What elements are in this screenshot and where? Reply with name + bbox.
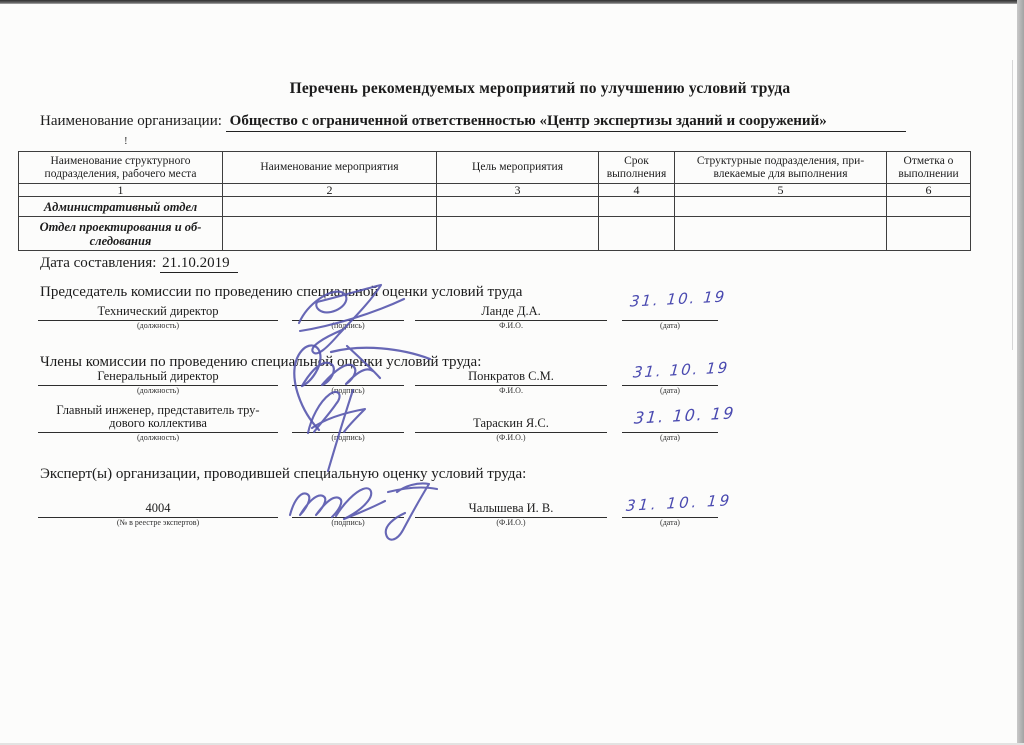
col-number: 6	[887, 184, 971, 197]
empty-cell	[437, 197, 599, 217]
position-caption: (должность)	[28, 321, 288, 330]
col-number: 1	[19, 184, 223, 197]
signature-row-member-2: Главный инженер, представитель тру- дово…	[0, 403, 1024, 433]
signature-row-chairman: Технический директор (должность) (подпис…	[0, 299, 1024, 321]
empty-cell	[223, 197, 437, 217]
position-value: Главный инженер, представитель тру- дово…	[56, 404, 259, 432]
signature-field: (подпись)	[292, 493, 404, 518]
position-value: Генеральный директор	[97, 370, 218, 385]
scanned-document-page: Перечень рекомендуемых мероприятий по ул…	[0, 0, 1024, 745]
expert-heading: Эксперт(ы) организации, проводившей спец…	[40, 466, 526, 483]
empty-cell	[887, 217, 971, 251]
position-field: Технический директор (должность)	[38, 298, 278, 321]
date-caption: (дата)	[612, 433, 728, 442]
col-header-goal: Цель мероприятия	[437, 152, 599, 184]
signature-row-member-1: Генеральный директор (должность) (подпис…	[0, 364, 1024, 386]
table-row: Отдел проектирования и об- следования	[19, 217, 971, 251]
col-header-completion: Отметка о выполнении	[887, 152, 971, 184]
empty-cell	[675, 197, 887, 217]
signature-caption: (подпись)	[282, 321, 414, 330]
empty-cell	[599, 197, 675, 217]
col-header-involved: Структурные подразделения, при- влекаемы…	[675, 152, 887, 184]
fullname-field: Ланде Д.А. Ф.И.О.	[415, 298, 607, 321]
col-number: 3	[437, 184, 599, 197]
empty-cell	[675, 217, 887, 251]
position-field: Главный инженер, представитель тру- дово…	[38, 402, 278, 433]
empty-cell	[437, 217, 599, 251]
signature-field: (подпись)	[292, 298, 404, 321]
measures-table: Наименование структурного подразделения,…	[18, 151, 971, 251]
empty-cell	[887, 197, 971, 217]
document-title: Перечень рекомендуемых мероприятий по ул…	[60, 80, 1020, 98]
signature-field: (подпись)	[292, 402, 404, 433]
fullname-field: Тараскин Я.С. (Ф.И.О.)	[415, 402, 607, 433]
organization-label: Наименование организации:	[40, 113, 222, 129]
col-number: 2	[223, 184, 437, 197]
fullname-caption: Ф.И.О.	[405, 386, 617, 395]
fullname-value: Чалышева И. В.	[469, 502, 554, 517]
position-value: Технический директор	[98, 305, 219, 320]
fullname-caption: (Ф.И.О.)	[405, 433, 617, 442]
department-cell: Отдел проектирования и об- следования	[19, 217, 223, 251]
position-caption: (должность)	[28, 433, 288, 442]
department-cell: Административный отдел	[19, 197, 223, 217]
table-row: Административный отдел	[19, 197, 971, 217]
compilation-date-line: Дата составления: 21.10.2019	[40, 255, 238, 272]
organization-line: Наименование организации: Общество с огр…	[40, 113, 908, 132]
fullname-field: Чалышева И. В. (Ф.И.О.)	[415, 493, 607, 518]
fullname-caption: (Ф.И.О.)	[405, 518, 617, 527]
col-header-deadline: Срок выполнения	[599, 152, 675, 184]
signature-row-expert: 4004 (№ в реестре экспертов) (подпись) Ч…	[0, 494, 1024, 518]
empty-cell	[599, 217, 675, 251]
signature-caption: (подпись)	[282, 386, 414, 395]
position-caption: (должность)	[28, 386, 288, 395]
fullname-value: Ланде Д.А.	[481, 305, 541, 320]
stray-mark: !	[124, 135, 128, 147]
date-caption: (дата)	[612, 321, 728, 330]
signature-caption: (подпись)	[282, 518, 414, 527]
registry-number-caption: (№ в реестре экспертов)	[28, 518, 288, 527]
signature-caption: (подпись)	[282, 433, 414, 442]
registry-number-field: 4004 (№ в реестре экспертов)	[38, 493, 278, 518]
date-caption: (дата)	[612, 518, 728, 527]
signature-field: (подпись)	[292, 363, 404, 386]
organization-value: Общество с ограниченной ответственностью…	[226, 113, 906, 132]
col-number: 5	[675, 184, 887, 197]
compilation-date-label: Дата составления:	[40, 255, 156, 271]
col-header-department: Наименование структурного подразделения,…	[19, 152, 223, 184]
fullname-value: Тараскин Я.С.	[473, 417, 549, 432]
empty-cell	[223, 217, 437, 251]
col-number: 4	[599, 184, 675, 197]
date-caption: (дата)	[612, 386, 728, 395]
fullname-caption: Ф.И.О.	[405, 321, 617, 330]
position-field: Генеральный директор (должность)	[38, 363, 278, 386]
fullname-value: Понкратов С.М.	[468, 370, 554, 385]
scan-edge-top	[0, 0, 1024, 4]
fullname-field: Понкратов С.М. Ф.И.О.	[415, 363, 607, 386]
compilation-date-value: 21.10.2019	[160, 255, 238, 273]
registry-number-value: 4004	[146, 502, 171, 517]
col-header-measure: Наименование мероприятия	[223, 152, 437, 184]
